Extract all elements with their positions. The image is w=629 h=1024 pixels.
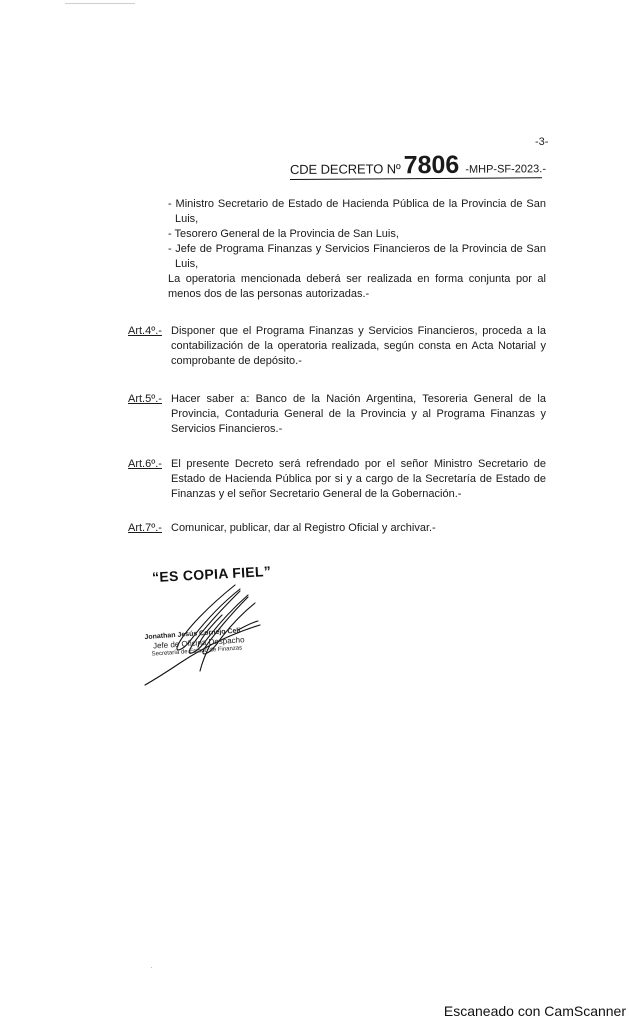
article-label: Art.6º.-: [128, 457, 162, 472]
article-6: Art.6º.- El presente Decreto será refren…: [128, 457, 546, 502]
article-label: Art.4º.-: [128, 324, 162, 339]
list-item: - Ministro Secretario de Estado de Hacie…: [168, 197, 546, 227]
article-text: El presente Decreto será refrendado por …: [171, 457, 546, 502]
article-text: Hacer saber a: Banco de la Nación Argent…: [171, 392, 546, 437]
list-item: - Jefe de Programa Finanzas y Servicios …: [168, 242, 546, 272]
page-number: -3-: [535, 136, 548, 148]
list-item: - Tesorero General de la Provincia de Sa…: [168, 227, 546, 242]
decree-number: 7806: [404, 151, 460, 179]
article-label: Art.5º.-: [128, 392, 162, 407]
decree-suffix: -MHP-SF-2023.-: [465, 163, 546, 176]
closing-paragraph: La operatoria mencionada deberá ser real…: [168, 272, 546, 302]
article-text: Comunicar, publicar, dar al Registro Ofi…: [171, 521, 546, 536]
scan-speck: [151, 967, 152, 968]
camscanner-watermark: Escaneado con CamScanner: [444, 1003, 626, 1019]
article-label: Art.7º.-: [128, 521, 162, 536]
article-4: Art.4º.- Disponer que el Programa Finanz…: [128, 324, 546, 369]
article-7: Art.7º.- Comunicar, publicar, dar al Reg…: [128, 521, 546, 536]
authorized-persons-list: - Ministro Secretario de Estado de Hacie…: [168, 197, 546, 302]
article-5: Art.5º.- Hacer saber a: Banco de la Naci…: [128, 392, 546, 437]
decree-header: CDE DECRETO Nº7806-MHP-SF-2023.-: [290, 152, 542, 180]
decree-prefix: CDE DECRETO Nº: [290, 161, 401, 177]
article-text: Disponer que el Programa Finanzas y Serv…: [171, 324, 546, 369]
scan-edge-mark: [65, 3, 135, 4]
